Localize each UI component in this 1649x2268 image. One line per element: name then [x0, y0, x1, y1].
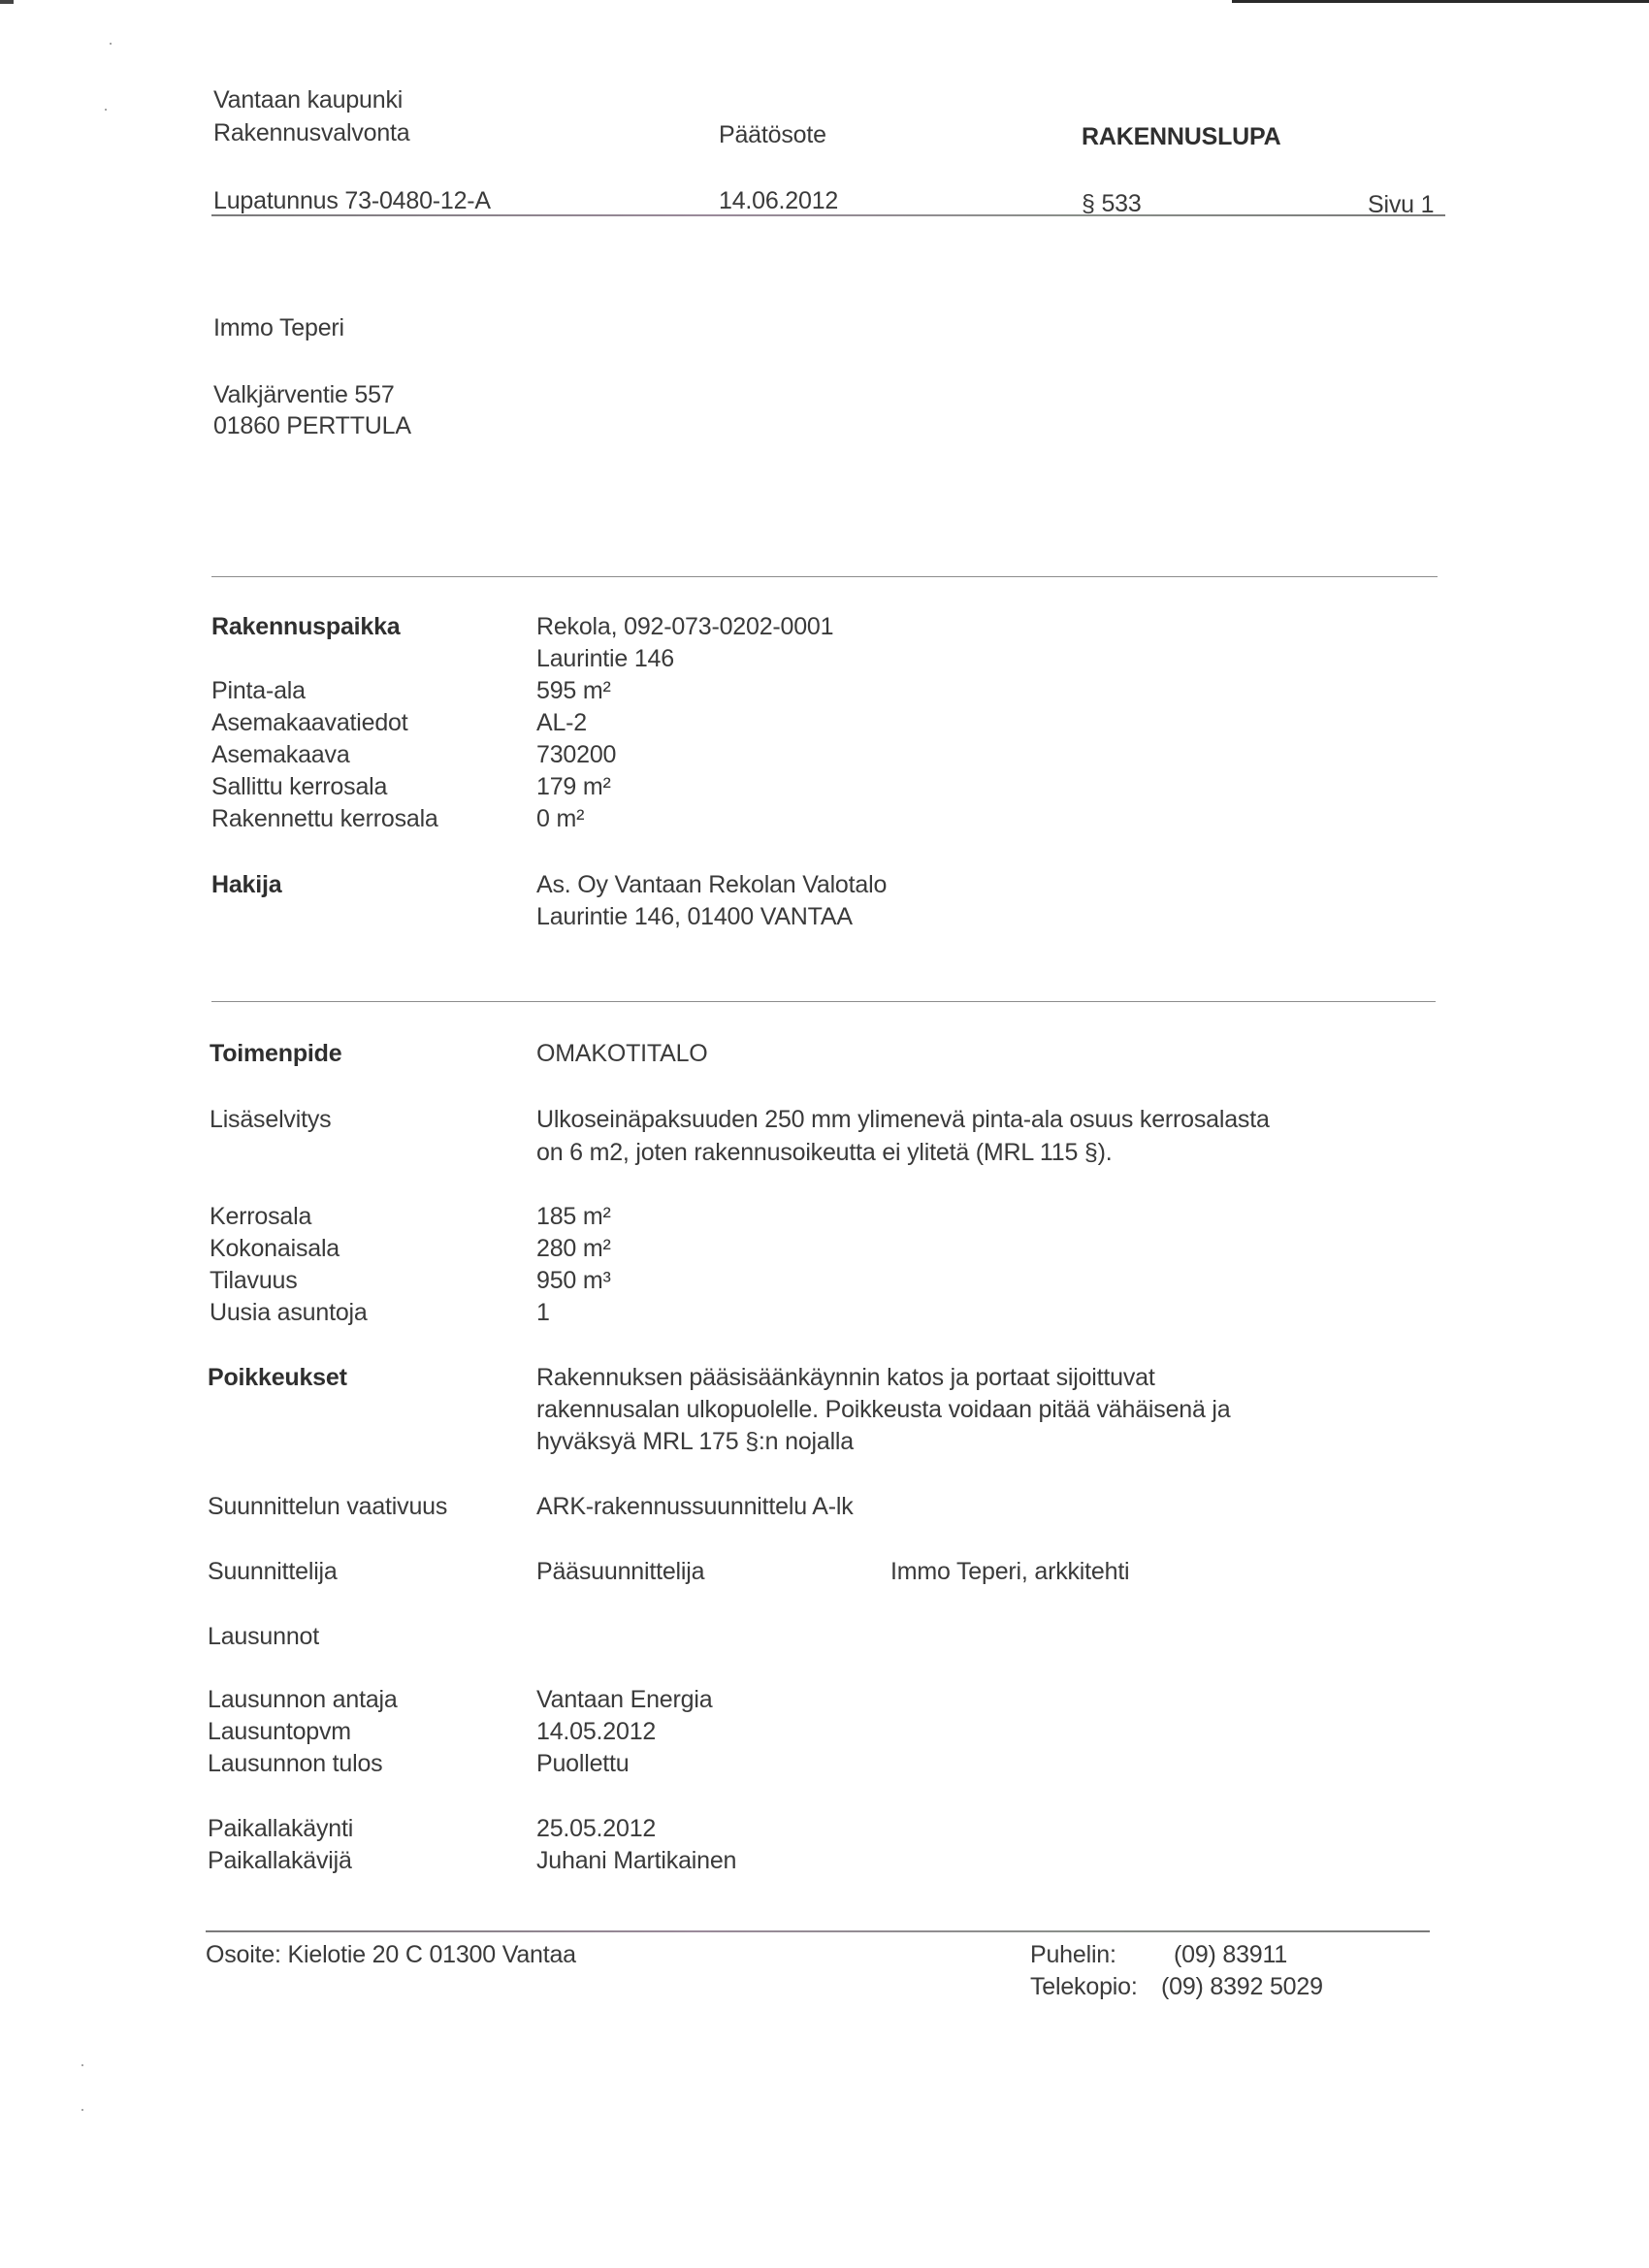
- scan-speck: [81, 2109, 83, 2111]
- extra-info-line: on 6 m2, joten rakennusoikeutta ei ylite…: [536, 1138, 1113, 1167]
- row-label: Kokonaisala: [210, 1234, 339, 1263]
- row-label: Lausuntopvm: [208, 1717, 351, 1746]
- footer-address: Osoite: Kielotie 20 C 01300 Vantaa: [206, 1940, 576, 1969]
- recipient-street: Valkjärventie 557: [213, 380, 395, 409]
- footer-phone-label: Puhelin:: [1030, 1940, 1116, 1969]
- row-value: Puollettu: [536, 1749, 630, 1778]
- row-label: Lausunnon tulos: [208, 1749, 382, 1778]
- scan-speck: [105, 109, 107, 111]
- scan-speck: [110, 43, 112, 45]
- department-name: Rakennusvalvonta: [213, 118, 410, 147]
- measure-heading: Toimenpide: [210, 1039, 341, 1068]
- row-label: Paikallakäynti: [208, 1814, 353, 1843]
- exceptions-line: hyväksyä MRL 175 §:n nojalla: [536, 1427, 854, 1456]
- row-value: Juhani Martikainen: [536, 1846, 736, 1875]
- exceptions-line: rakennusalan ulkopuolelle. Poikkeusta vo…: [536, 1395, 1230, 1424]
- document-type: Päätösote: [719, 120, 826, 149]
- row-value: 280 m²: [536, 1234, 611, 1263]
- footer-divider: [206, 1930, 1430, 1932]
- site-heading: Rakennuspaikka: [211, 612, 401, 641]
- document-title: RAKENNUSLUPA: [1082, 122, 1280, 151]
- header-underline: [211, 214, 1445, 216]
- scan-edge-artifact: [0, 0, 14, 4]
- decision-date: 14.06.2012: [719, 186, 838, 215]
- statements-heading: Lausunnot: [208, 1622, 319, 1651]
- row-value: 179 m²: [536, 772, 611, 801]
- permit-id: Lupatunnus 73-0480-12-A: [213, 186, 491, 215]
- exceptions-line: Rakennuksen pääsisäänkäynnin katos ja po…: [536, 1363, 1155, 1392]
- designer-label: Suunnittelija: [208, 1557, 338, 1586]
- measure-value: OMAKOTITALO: [536, 1039, 708, 1068]
- exceptions-heading: Poikkeukset: [208, 1363, 347, 1392]
- row-label: Pinta-ala: [211, 676, 306, 705]
- row-label: Asemakaava: [211, 740, 350, 769]
- scan-speck: [81, 2064, 83, 2066]
- row-value: Vantaan Energia: [536, 1685, 712, 1714]
- recipient-name: Immo Teperi: [213, 313, 344, 342]
- row-value: 1: [536, 1298, 550, 1327]
- design-requirement-label: Suunnittelun vaativuus: [208, 1492, 447, 1521]
- row-value: 595 m²: [536, 676, 611, 705]
- extra-info-line: Ulkoseinäpaksuuden 250 mm ylimenevä pint…: [536, 1105, 1270, 1134]
- applicant-heading: Hakija: [211, 870, 281, 899]
- row-value: 950 m³: [536, 1266, 611, 1295]
- scan-edge-artifact: [1232, 0, 1649, 3]
- extra-info-label: Lisäselvitys: [210, 1105, 331, 1134]
- row-value: AL-2: [536, 708, 587, 737]
- row-label: Rakennettu kerrosala: [211, 804, 438, 833]
- site-address: Laurintie 146: [536, 644, 674, 673]
- recipient-postal: 01860 PERTTULA: [213, 411, 411, 440]
- row-label: Uusia asuntoja: [210, 1298, 368, 1327]
- row-label: Kerrosala: [210, 1202, 311, 1231]
- designer-name: Immo Teperi, arkkitehti: [890, 1557, 1129, 1586]
- section-divider: [211, 1001, 1436, 1002]
- designer-role: Pääsuunnittelija: [536, 1557, 704, 1586]
- row-label: Asemakaavatiedot: [211, 708, 407, 737]
- row-value: 730200: [536, 740, 616, 769]
- footer-fax-label: Telekopio:: [1030, 1972, 1138, 2001]
- row-label: Tilavuus: [210, 1266, 298, 1295]
- footer-phone-value: (09) 83911: [1174, 1940, 1287, 1969]
- row-label: Paikallakävijä: [208, 1846, 352, 1875]
- row-label: Lausunnon antaja: [208, 1685, 398, 1714]
- row-value: 25.05.2012: [536, 1814, 656, 1843]
- applicant-address: Laurintie 146, 01400 VANTAA: [536, 902, 853, 931]
- section-divider: [211, 576, 1438, 577]
- row-value: 14.05.2012: [536, 1717, 656, 1746]
- applicant-name: As. Oy Vantaan Rekolan Valotalo: [536, 870, 887, 899]
- site-location: Rekola, 092-073-0202-0001: [536, 612, 833, 641]
- design-requirement-value: ARK-rakennussuunnittelu A-lk: [536, 1492, 854, 1521]
- row-label: Sallittu kerrosala: [211, 772, 387, 801]
- row-value: 185 m²: [536, 1202, 611, 1231]
- row-value: 0 m²: [536, 804, 584, 833]
- org-name: Vantaan kaupunki: [213, 85, 403, 114]
- footer-fax-value: (09) 8392 5029: [1161, 1972, 1323, 2001]
